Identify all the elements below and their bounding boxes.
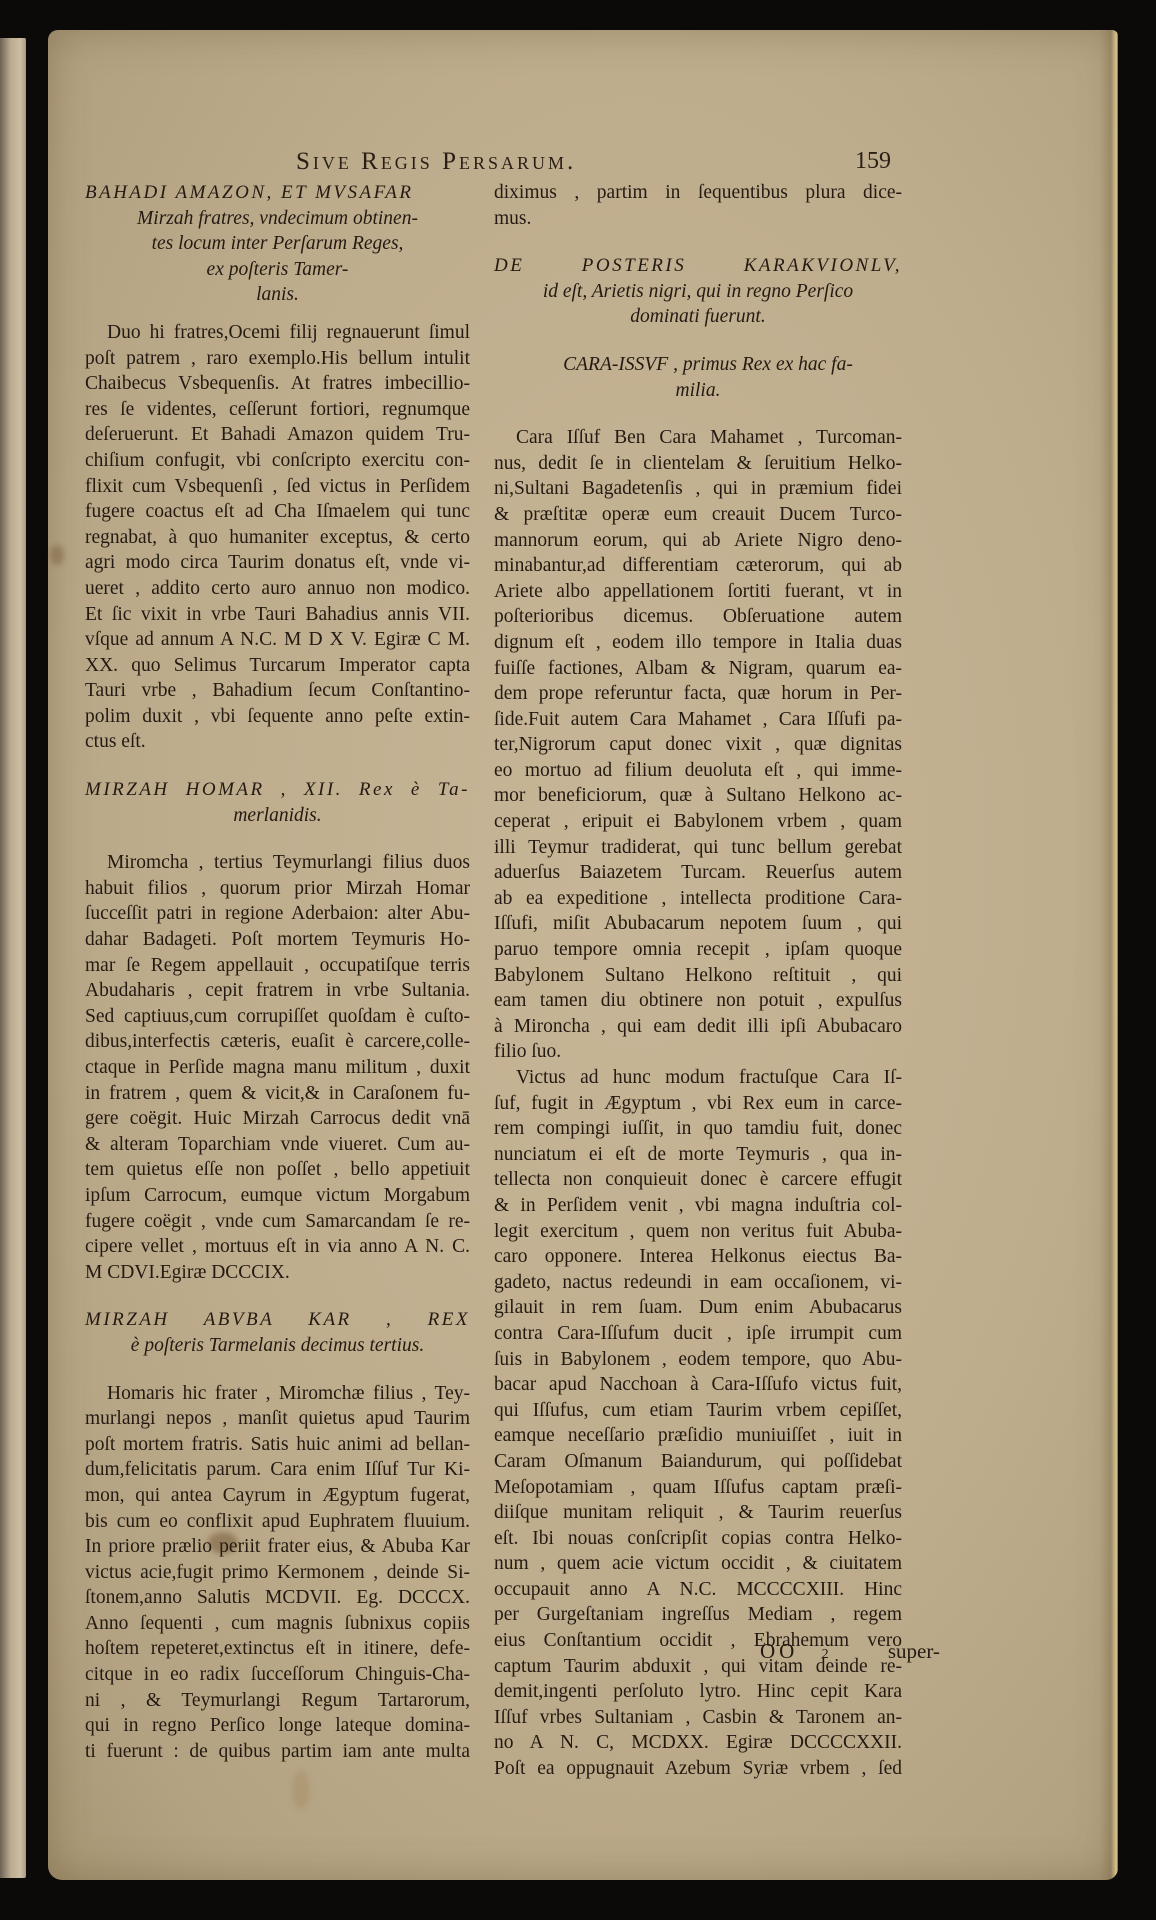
text-line: chiſium confugit, vbi conſcripto exercit… (85, 448, 470, 474)
section-heading-mirzah-homar: MIRZAH HOMAR , XII. Rex è Ta- merlanidis… (85, 777, 470, 828)
text-line: demit,ingenti perſoluto lytro. Hinc cepi… (494, 1679, 902, 1705)
text-line: mar ſe Regem appellauit , occupatiſque t… (85, 953, 470, 979)
text-line: Miromcha , tertius Teymurlangi filius du… (85, 850, 470, 876)
text-line: Iſſuf vrbes Sultaniam , Casbin & Taronem… (494, 1705, 902, 1731)
heading-line: MIRZAH HOMAR , XII. Rex è Ta- (85, 777, 470, 803)
text-line: nunciatum ei eſt de morte Teymuris , qua… (494, 1142, 902, 1168)
right-column: diximus , partim in ſequentibus plura di… (494, 180, 902, 1782)
text-line: tem quietus eſſe non poſſet , bello appe… (85, 1157, 470, 1183)
text-line: ni,Sultani Bagadetenſis , qui in præmium… (494, 476, 902, 502)
text-line: diximus , partim in ſequentibus plura di… (494, 180, 902, 206)
text-line: diiſque munitam reliquit , & Taurim reue… (494, 1500, 902, 1526)
section-heading-bahadi-amazon: BAHADI AMAZON, ET MVSAFAR Mirzah fratres… (85, 180, 470, 308)
signature-mark: OO (760, 1639, 798, 1664)
heading-line: milia. (494, 378, 902, 404)
text-line: Anno ſequenti , cum magnis ſubnixus copi… (85, 1611, 470, 1637)
text-line: Duo hi fratres,Ocemi filij regnauerunt ſ… (85, 320, 470, 346)
text-line: Homaris hic frater , Miromchæ filius , T… (85, 1381, 470, 1407)
text-line: fugere coactus eſt ad Cha Iſmaelem qui t… (85, 499, 470, 525)
signature-line: OO 2 super- (760, 1639, 940, 1664)
heading-line: dominati fuerunt. (494, 304, 902, 330)
text-line: murlangi nepos , manſit quietus apud Tau… (85, 1406, 470, 1432)
heading-line: è poſteris Tarmelanis decimus tertius. (85, 1333, 470, 1359)
text-line: ab ea expeditione , intellecta prodition… (494, 886, 902, 912)
paragraph-victus: Victus ad hunc modum fractuſque Cara Iſ-… (494, 1065, 902, 1782)
text-line: Cara Iſſuf Ben Cara Mahamet , Turcoman- (494, 425, 902, 451)
heading-line: lanis. (85, 282, 470, 308)
text-line: polim duxit , vbi ſequente anno peſte ex… (85, 704, 470, 730)
text-line: deſeruerunt. Et Bahadi Amazon quidem Tru… (85, 422, 470, 448)
text-line: caro opponere. Interea Helkonus eiectus … (494, 1244, 902, 1270)
text-line: fuiſſe factiones, Albam & Nigram, quarum… (494, 656, 902, 682)
text-line: M CDVI.Egiræ DCCCIX. (85, 1260, 470, 1286)
text-line: vſque ad annum A N.C. M D X V. Egiræ C M… (85, 627, 470, 653)
text-line: In priore prælio periit frater eius, & A… (85, 1534, 470, 1560)
text-line: Et ſic vixit in vrbe Tauri Bahadius anni… (85, 602, 470, 628)
paragraph-bahadi-amazon: Duo hi fratres,Ocemi filij regnauerunt ſ… (85, 320, 470, 755)
text-line: Poſt ea oppugnauit Azebum Syriæ vrbem , … (494, 1756, 902, 1782)
text-line: ter,Nigrorum caput donec vixit , quæ dig… (494, 732, 902, 758)
text-line: no A N. C, MCDXX. Egiræ DCCCCXXII. (494, 1730, 902, 1756)
heading-line: BAHADI AMAZON, ET MVSAFAR (85, 180, 470, 206)
text-line: dibus,interfectis cæteris, euaſit è carc… (85, 1029, 470, 1055)
text-line: cipere vellet , mortuus eſt in via anno … (85, 1234, 470, 1260)
text-line: ctus eſt. (85, 729, 470, 755)
text-line: ceperat , eripuit ei Babylonem vrbem , q… (494, 809, 902, 835)
text-line: legit exercitum , quem non veritus fuit … (494, 1219, 902, 1245)
text-line: agri modo circa Taurim donatus eſt, vnde… (85, 550, 470, 576)
text-line: eſt. Ibi nouas conſcripſit copias contra… (494, 1526, 902, 1552)
text-line: ipſum Carrocum, eumque victum Morgabum (85, 1183, 470, 1209)
text-line: eamque neceſſario præſidio muniuiſſet , … (494, 1423, 902, 1449)
text-line: poſterioribus dicemus. Obſeruatione aute… (494, 604, 902, 630)
heading-line: merlanidis. (85, 803, 470, 829)
text-line: Babylonem Sultano Helkono reſtituit , qu… (494, 963, 902, 989)
page-number: 159 (855, 148, 891, 175)
text-line: ſide.Fuit autem Cara Mahamet , Cara Iſſu… (494, 707, 902, 733)
text-line: dem prope referuntur facta, quæ horum in… (494, 681, 902, 707)
signature-number: 2 (822, 1647, 829, 1663)
text-line: dahar Badageti. Poſt mortem Teymuris Ho- (85, 927, 470, 953)
text-line: tellecta non conquieuit donec è carcere … (494, 1167, 902, 1193)
text-line: ſucceſſit patri in regione Aderbaion: al… (85, 901, 470, 927)
catchword: super- (888, 1639, 940, 1664)
text-line: contra Cara-Iſſufum ducit , ipſe irrumpi… (494, 1321, 902, 1347)
text-line: poſt mortem fratris. Satis huic animi ad… (85, 1432, 470, 1458)
text-line: & in Perſidem venit , vbi magna induſtri… (494, 1193, 902, 1219)
text-line: ſtonem,anno Salutis MCDVII. Eg. DCCCX. (85, 1585, 470, 1611)
text-line: minabantur,ad differentiam cæterorum, qu… (494, 553, 902, 579)
text-line: bis cum eo conflixit apud Euphratem fluu… (85, 1509, 470, 1535)
running-title: Sive Regis Persarum. (296, 148, 576, 176)
text-line: gere coëgit. Huic Mirzah Carrocus dedit … (85, 1106, 470, 1132)
text-line: habuit filios , quorum prior Mirzah Homa… (85, 876, 470, 902)
section-heading-mirzah-abuba-kar: MIRZAH ABVBA KAR , REX è poſteris Tarmel… (85, 1307, 470, 1358)
left-column: BAHADI AMAZON, ET MVSAFAR Mirzah fratres… (85, 180, 470, 1764)
text-line: Ariete albo appellationem ſortiti fueran… (494, 579, 902, 605)
heading-line: DE POSTERIS KARAKVIONLV, (494, 253, 902, 279)
text-line: Abudaharis , cepit fratrem in vrbe Sulta… (85, 978, 470, 1004)
text-line: eo mortuo ad filium deuoluta eſt , qui i… (494, 758, 902, 784)
previous-page-edge (0, 38, 26, 1878)
text-line: poſt patrem , raro exemplo.His bellum in… (85, 346, 470, 372)
heading-line: Mirzah fratres, vndecimum obtinen- (85, 206, 470, 232)
text-line: mus. (494, 206, 902, 232)
text-line: fugere coëgit , vnde cum Samarcandam ſe … (85, 1209, 470, 1235)
text-line: dignum eſt , eodem illo tempore in Itali… (494, 630, 902, 656)
heading-line: ex poſteris Tamer- (85, 257, 470, 283)
text-line: ueret , addito certo auro annuo non modi… (85, 576, 470, 602)
text-line: bacar apud Nacchoan à Cara-Iſſufo victus… (494, 1372, 902, 1398)
text-line: ni , & Teymurlangi Regum Tartarorum, (85, 1688, 470, 1714)
text-line: gadeto, nactus redeundi in eam occaſione… (494, 1270, 902, 1296)
text-line: Tauri vrbe , Bahadium ſecum Conſtantino- (85, 678, 470, 704)
text-line: XX. quo Selimus Turcarum Imperator capta (85, 653, 470, 679)
text-line: Victus ad hunc modum fractuſque Cara Iſ- (494, 1065, 902, 1091)
heading-line: tes locum inter Perſarum Reges, (85, 231, 470, 257)
text-line: mor beneficiorum, quæ à Sultano Helkono … (494, 783, 902, 809)
heading-line: MIRZAH ABVBA KAR , REX (85, 1307, 470, 1333)
text-line: Iſſufi, miſit Abubacarum nepotem ſuum , … (494, 911, 902, 937)
text-line: mannorum eorum, qui ab Ariete Nigro deno… (494, 528, 902, 554)
text-line: rem compingi iuſſit, in quo tamdiu fuit,… (494, 1116, 902, 1142)
text-line: gilauit in rem ſuam. Dum enim Abubacarus (494, 1295, 902, 1321)
text-line: citque in eo radix ſucceſſorum Chinguis-… (85, 1662, 470, 1688)
running-head: Sive Regis Persarum. 159 (0, 148, 1156, 178)
text-line: & alteram Toparchiam vnde viueret. Cum a… (85, 1132, 470, 1158)
heading-line: id eſt, Arietis nigri, qui in regno Perſ… (494, 279, 902, 305)
text-line: occupauit anno A N.C. MCCCCXIII. Hinc (494, 1577, 902, 1603)
section-heading-karakuionlu: DE POSTERIS KARAKVIONLV, id eſt, Arietis… (494, 253, 902, 330)
text-line: & præſtitæ operæ eum creauit Ducem Turco… (494, 502, 902, 528)
text-line: mon, qui antea Cayrum in Ægyptum fugerat… (85, 1483, 470, 1509)
text-line: res ſe videntes, ceſſerunt fortiori, reg… (85, 397, 470, 423)
text-line: hoſtem repeteret,extinctus eſt in itiner… (85, 1636, 470, 1662)
text-line: Meſopotamiam , quam Iſſufus captam præſi… (494, 1475, 902, 1501)
text-line: Chaibecus Vsbequenſis. At fratres imbeci… (85, 371, 470, 397)
text-line: victus acie,fugit primo Kermonem , deind… (85, 1560, 470, 1586)
text-line: ctaque in Perſide magna manu militum , d… (85, 1055, 470, 1081)
text-line: ſuf, fugit in Ægyptum , vbi Rex eum in c… (494, 1091, 902, 1117)
text-line: flixit cum Vsbequenſi , ſed victus in Pe… (85, 474, 470, 500)
heading-line: CARA-ISSVF , primus Rex ex hac fa- (494, 352, 902, 378)
paper-stain (292, 1770, 310, 1810)
text-line: nus, dedit ſe in clientelam & ſeruitium … (494, 451, 902, 477)
paragraph-mirzah-homar: Miromcha , tertius Teymurlangi filius du… (85, 850, 470, 1285)
text-line: in fratrem , quem & vicit,& in Caraſonem… (85, 1081, 470, 1107)
text-line: num , quem acie victum occidit , & ciuit… (494, 1551, 902, 1577)
text-line: à Mironcha , qui eam dedit illi ipſi Abu… (494, 1014, 902, 1040)
text-line: ſuis in Babylonem , eodem tempore, quo A… (494, 1347, 902, 1373)
text-line: ti fuerunt : de quibus partim iam ante m… (85, 1739, 470, 1765)
text-line: aduerſus Baiazetem Turcam. Reuerſus aute… (494, 860, 902, 886)
text-line: dum,felicitatis parum. Cara enim Iſſuf T… (85, 1457, 470, 1483)
text-line: per Gurgeſtaniam ingreſſus Mediam , rege… (494, 1602, 902, 1628)
text-line: qui Iſſufus, cum etiam Taurim vrbem cepi… (494, 1398, 902, 1424)
text-line: filio ſuo. (494, 1039, 902, 1065)
paragraph-cara-issuf: Cara Iſſuf Ben Cara Mahamet , Turcoman- … (494, 425, 902, 1065)
ink-stain (50, 545, 64, 565)
text-line: illi Teymur tradiderat, qui tunc bellum … (494, 835, 902, 861)
text-line: regnabat, à quo humaniter exceptus, & ce… (85, 525, 470, 551)
text-line: Sed captiuus,cum corrupiſſet quoſdam è c… (85, 1004, 470, 1030)
text-line: paruo tempore omnia recepit , ipſam quoq… (494, 937, 902, 963)
paragraph-continuation: diximus , partim in ſequentibus plura di… (494, 180, 902, 231)
text-line: eam tamen diu obtinere non potuit , expu… (494, 988, 902, 1014)
section-heading-cara-issuf: CARA-ISSVF , primus Rex ex hac fa- milia… (494, 352, 902, 403)
paragraph-mirzah-abuba-kar: Homaris hic frater , Miromchæ filius , T… (85, 1381, 470, 1765)
text-line: Caram Oſmanum Baiandurum, qui poſſidebat (494, 1449, 902, 1475)
text-line: qui in regno Perſico longe lateque domin… (85, 1713, 470, 1739)
